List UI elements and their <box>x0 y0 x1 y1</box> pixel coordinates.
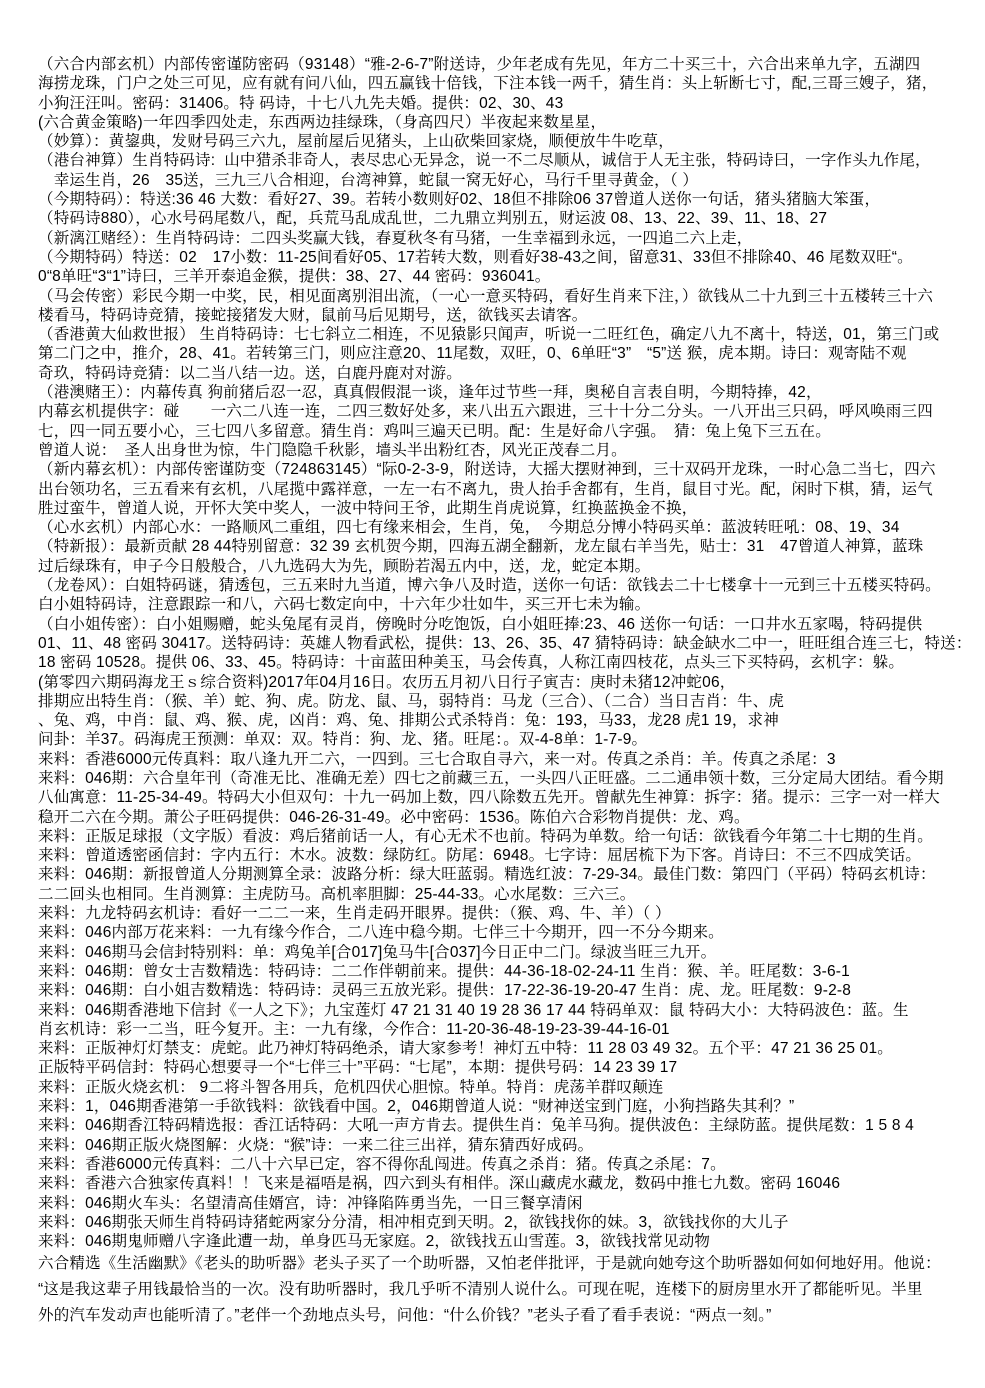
text-line: 来料：046期：六合皇年刊（奇准无比、准确无差）四七之前藏三五，一头四八正旺盛。… <box>38 769 981 788</box>
text-line: （特码诗880），心水号码尾数八，配，兵荒马乱成乱世，二九鼎立判别五，财运波 0… <box>38 209 981 228</box>
text-line: （龙卷风）：白姐特码谜，猜透包，三五来时九当道，博六争八及时造，送你一句话：欲钱… <box>38 576 981 595</box>
text-line: （新漓江赌经）：生肖特码诗：二四头奖赢大钱，春夏秋冬有马猪，一生幸福到永远，一四… <box>38 229 981 248</box>
text-line: 六合精选《生活幽默》《老头的助听器》老头子买了一个助听器，又怕老伴批评，于是就向… <box>38 1251 981 1277</box>
text-line: （新内幕玄机）：内部传密谨防变（724863145）“际0-2-3-9，附送诗，… <box>38 460 981 479</box>
document-page: （六合内部玄机）内部传密谨防密码（93148）“雅-2-6-7”附送诗，少年老成… <box>0 0 985 1388</box>
text-line: 来料：九龙特码玄机诗：看好一二二一来，生肖走码开眼界。提供：（猴、鸡、牛、羊）（… <box>38 904 981 923</box>
text-line: 来料：046期：新报曾道人分期测算全录：波路分析：绿大旺蓝弱。精选红波：7-29… <box>38 865 981 884</box>
text-line: （今期特码）：特送:36 46 大数：看好27、39。若转小数则好02、18但不… <box>38 190 981 209</box>
text-line: 来料：046期正版火烧图解：火烧：“猴”诗：一来二往三出祥，猜东猜西好成码。 <box>38 1136 981 1155</box>
text-line: 出台领功名，三五看来有玄机，八尾揽中露祥意，一左一右不离九，贵人抬手舍都有，生肖… <box>38 480 981 499</box>
text-line: （港台神算）生肖特码诗: 山中猎杀非奇人，表尽忠心无异念，说一不二尽顺从，诚信于… <box>38 151 981 170</box>
text-line: 二二回头也相同。生肖测算：主虎防马。高机率胆脚：25-44-33。心水尾数：三六… <box>38 885 981 904</box>
text-line: 、兔、鸡，中肖：鼠、鸡、猴、虎，凶肖：鸡、兔、排期公式杀特肖：兔：193，马33… <box>38 711 981 730</box>
text-line: （香港黄大仙救世报） 生肖特码诗：七七斜立二相连，不见猿影只闻声，听说一二旺红色… <box>38 325 981 344</box>
text-line: 白小姐特码诗，注意跟踪一和八，六码七数定向中，十六年少壮如牛，买三开七未为输。 <box>38 595 981 614</box>
text-line: 来料：046期：曾女士吉数精选：特码诗：二二作伴朝前来。提供：44-36-18-… <box>38 962 981 981</box>
text-line: 来料：正版火烧玄机： 9二将斗智各用兵，危机四伏心胆惊。特单。特肖：虎荡羊群叹颠… <box>38 1078 981 1097</box>
text-line: （六合内部玄机）内部传密谨防密码（93148）“雅-2-6-7”附送诗，少年老成… <box>38 55 981 74</box>
text-line: 海捞龙珠，门户之处三可见，应有就有问八仙，四五赢钱十倍钱，下注本钱一两千，猜生肖… <box>38 74 981 93</box>
text-line: 正版特平码信封：特码心想要寻一个“七伴三十”平码：“七尾”，本期：提供号码：14… <box>38 1058 981 1077</box>
text-line: 来料：046期：白小姐吉数精选：特码诗：灵码三五放光彩。提供：17-22-36-… <box>38 981 981 1000</box>
text-line: 曾道人说： 圣人出身世为惊，牛门隐隐千秋影，墙头半出粉红杏，风光正茂春二月。 <box>38 441 981 460</box>
text-line: （港澳赌王）：内幕传真 狗前猪后忍一忍，真真假假混一谈，逢年过节些一拜，奥秘自言… <box>38 383 981 402</box>
text-line: 肖玄机诗：彩一二当，旺今复开。主：一九有缘，今作合：11-20-36-48-19… <box>38 1020 981 1039</box>
text-line: (六合黄金策略)一年四季四处走，东西两边挂绿珠，（身高四尺）半夜起来数星星， <box>38 113 981 132</box>
text-line: 来料：046期鬼师赠八字逢此遭一劫，单身匹马无家庭。2，欲钱找五山雪莲。3，欲钱… <box>38 1232 981 1251</box>
text-line: 七，四一同五要小心，三七四八多留意。猜生肖：鸡叫三遍天已明。配：生是好命八字强。… <box>38 422 981 441</box>
text-line: 来料：046期张天师生肖特码诗猪蛇两家分分清，相冲相克到天明。2，欲钱找你的妹。… <box>38 1213 981 1232</box>
text-line: 第二门之中，推介，28、41。若转第三门，则应注意20、11尾数，双旺，0、6单… <box>38 344 981 363</box>
text-line: 稳开二六在今期。萧公子旺码提供：046-26-31-49。必中密码：1536。陈… <box>38 808 981 827</box>
text-line: 18 密码 10528。提供 06、33、45。特码诗：十亩蓝田种美玉，马会传真… <box>38 653 981 672</box>
text-line: “这是我这辈子用钱最恰当的一次。没有助听器时，我几乎听不清别人说什么。可现在呢，… <box>38 1277 981 1303</box>
text-line: 过后绿珠有，申子今日般般合，八九选码大为先，顾盼若渴五内中，送，龙，蛇定本期。 <box>38 557 981 576</box>
text-line: （马会传密）彩民今期一中奖，民，相见面离别泪出流，（一心一意买特码，看好生肖来下… <box>38 287 981 306</box>
text-line: （特新报）：最新贡献 28 44特别留意：32 39 玄机贺今期，四海五湖全翻新… <box>38 537 981 556</box>
text-line: 来料：香港6000元传真料：取八逢九开二六，一四到。三七合取自寻六，来一对。传真… <box>38 750 981 769</box>
text-line: 来料：正版神灯灯禁支：虎蛇。此乃神灯特码绝杀，请大家参考！神灯五中特：11 28… <box>38 1039 981 1058</box>
text-line: 来料：香港六合独家传真料！！飞来是福唔是祸，四六到头有相伴。深山藏虎水藏龙，数码… <box>38 1174 981 1193</box>
text-line: 八仙寓意：11-25-34-49。特码大小但双句：十九一码加上数，四八除数五先开… <box>38 788 981 807</box>
text-line: 幸运生肖，26 35送，三九三八合相迎，台湾神算，蛇鼠一窝无好心，马行千里寻黄金… <box>38 171 981 190</box>
text-line: （心水玄机）内部心水：一路顺风二重组，四七有缘来相会，生肖，兔， 今期总分博小特… <box>38 518 981 537</box>
text-line: 0“8单旺“3“1”诗曰，三羊开泰追金猴，提供：38、27、44 密码：9360… <box>38 267 981 286</box>
text-line: 外的汽车发动声也能听清了。”老伴一个劲地点头号，问他：“什么价钱？”老头子看了看… <box>38 1303 981 1329</box>
text-line: 来料：046期香江特码精选报：香江话特码：大吼一声方肯去。提供生肖：兔羊马狗。提… <box>38 1116 981 1135</box>
text-line: 小狗汪汪叫。密码：31406。特 码诗，十七八九先夫婚。提供：02、30、43 <box>38 94 981 113</box>
text-line: 来料：曾道透密函信封：字内五行：木水。波数：绿防红。防尾：6948。七字诗：屈居… <box>38 846 981 865</box>
text-line: （妙算）：黄鋆典，发财号码三六九，屋前屋后见猪头，上山砍柴回家烧，顺便放牛牛吃草… <box>38 132 981 151</box>
text-line: 奇玖，特码诗竞猜：以二当八结一边。送，白鹿丹鹿对对游。 <box>38 364 981 383</box>
text-line: 来料：正版足球报（文字版）看波：鸡后猪前话一人，有心无术不也前。特码为单数。给一… <box>38 827 981 846</box>
text-line: 来料：046内部万花来料：一九有缘今作合，二八连中稳今期。七伴三十今期开，四一不… <box>38 923 981 942</box>
document-text: （六合内部玄机）内部传密谨防密码（93148）“雅-2-6-7”附送诗，少年老成… <box>38 55 981 1328</box>
text-line: (第零四六期码海龙王ｓ综合资料)2017年04月16日。农历五月初八日行子寅吉：… <box>38 673 981 692</box>
text-line: 楼看马，特码诗竞猜，接蛇接猪发大财，鼠前马后见期号，送，欲钱买去请客。 <box>38 306 981 325</box>
text-line: 来料：046期火车头：名望清高佳婿宫，诗：冲锋陷阵勇当先，一日三餐享清闲 <box>38 1194 981 1213</box>
text-line: （今期特码）特送：02 17小数：11-25间看好05、17若转大数，则看好38… <box>38 248 981 267</box>
text-line: 01、11、48 密码 30417。送特码诗：英雄人物看武松，提供：13、26、… <box>38 634 981 653</box>
text-line: （白小姐传密）：白小姐赐赠，蛇头兔尾有灵肖，傍晚时分吃饱饭，白小姐旺捧:23、4… <box>38 615 981 634</box>
text-line: 胜过蛮牛，曾道人说，开怀大笑中奖人，一波中特问王爷，此期生肖虎说算，红换蓝换金不… <box>38 499 981 518</box>
text-line: 问卦：羊37。码海虎王预测：单双：双。特肖：狗、龙、猪。旺尾：。双-4-8单：1… <box>38 730 981 749</box>
text-line: 来料：1，046期香港第一手欲钱料：欲钱看中国。2，046期曾道人说：“财神送宝… <box>38 1097 981 1116</box>
text-line: 来料：香港6000元传真料：二八十六早已定，容不得你乱闯进。传真之杀肖：猪。传真… <box>38 1155 981 1174</box>
text-line: 来料：046期马会信封特别料：单：鸡兔羊[合017]兔马牛[合037]今日正中二… <box>38 943 981 962</box>
text-line: 来料：046期香港地下信封《一人之下》；九宝莲灯 47 21 31 40 19 … <box>38 1001 981 1020</box>
text-line: 排期应出特生肖：（猴、羊）蛇、狗、虎。防龙、鼠、马，弱特肖：马龙（三合）、（二合… <box>38 692 981 711</box>
text-line: 内幕玄机提供字：碰 一六二八连一连，二四三数好处多，来八出五六跟进，三十十分二分… <box>38 402 981 421</box>
